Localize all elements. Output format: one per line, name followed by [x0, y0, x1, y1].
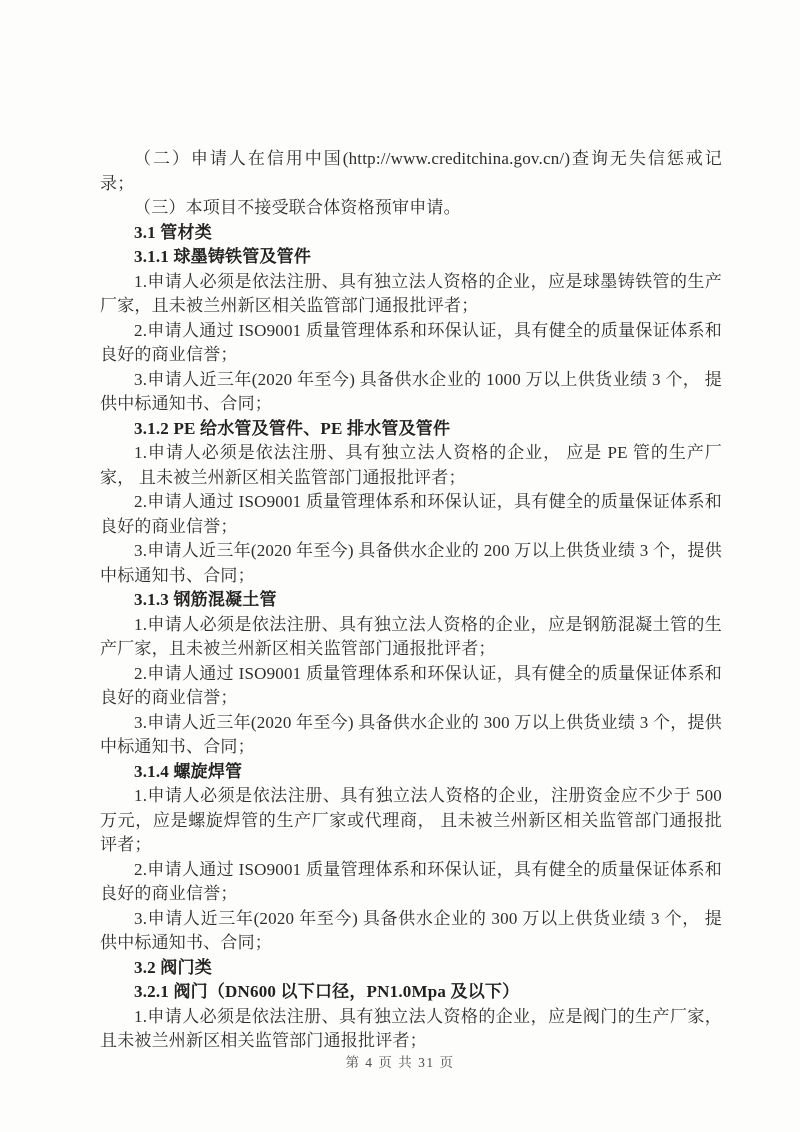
paragraph: （二）申请人在信用中国(http://www.creditchina.gov.c… — [100, 147, 722, 196]
document-page: （二）申请人在信用中国(http://www.creditchina.gov.c… — [0, 0, 800, 1132]
section-heading: 3.1.4 螺旋焊管 — [100, 760, 722, 785]
paragraph: 1.申请人必须是依法注册、具有独立法人资格的企业，应是钢筋混凝土管的生产厂家，且… — [100, 613, 722, 662]
document-body: （二）申请人在信用中国(http://www.creditchina.gov.c… — [100, 147, 722, 1054]
section-heading: 3.2.1 阀门（DN600 以下口径，PN1.0Mpa 及以下） — [100, 980, 722, 1005]
paragraph: 3.申请人近三年(2020 年至今) 具备供水企业的 300 万以上供货业绩 3… — [100, 907, 722, 956]
section-heading: 3.1.1 球墨铸铁管及管件 — [100, 245, 722, 270]
paragraph: 3.申请人近三年(2020 年至今) 具备供水企业的 1000 万以上供货业绩 … — [100, 368, 722, 417]
page-number-footer: 第 4 页 共 31 页 — [0, 1051, 800, 1071]
paragraph: 2.申请人通过 ISO9001 质量管理体系和环保认证，具有健全的质量保证体系和… — [100, 662, 722, 711]
paragraph: 2.申请人通过 ISO9001 质量管理体系和环保认证，具有健全的质量保证体系和… — [100, 490, 722, 539]
paragraph: 2.申请人通过 ISO9001 质量管理体系和环保认证，具有健全的质量保证体系和… — [100, 858, 722, 907]
section-heading: 3.1.2 PE 给水管及管件、PE 排水管及管件 — [100, 417, 722, 442]
paragraph: 2.申请人通过 ISO9001 质量管理体系和环保认证，具有健全的质量保证体系和… — [100, 319, 722, 368]
paragraph: 1.申请人必须是依法注册、具有独立法人资格的企业，注册资金应不少于 500 万元… — [100, 784, 722, 858]
paragraph: 3.申请人近三年(2020 年至今) 具备供水企业的 200 万以上供货业绩 3… — [100, 539, 722, 588]
paragraph: 1.申请人必须是依法注册、具有独立法人资格的企业，应是球墨铸铁管的生产厂家，且未… — [100, 270, 722, 319]
section-heading: 3.2 阀门类 — [100, 956, 722, 981]
section-heading: 3.1 管材类 — [100, 221, 722, 246]
paragraph: 1.申请人必须是依法注册、具有独立法人资格的企业，应是阀门的生产厂家，且未被兰州… — [100, 1005, 722, 1054]
paragraph: 3.申请人近三年(2020 年至今) 具备供水企业的 300 万以上供货业绩 3… — [100, 711, 722, 760]
paragraph: 1.申请人必须是依法注册、具有独立法人资格的企业， 应是 PE 管的生产厂家， … — [100, 441, 722, 490]
paragraph: （三）本项目不接受联合体资格预审申请。 — [100, 196, 722, 221]
section-heading: 3.1.3 钢筋混凝土管 — [100, 588, 722, 613]
